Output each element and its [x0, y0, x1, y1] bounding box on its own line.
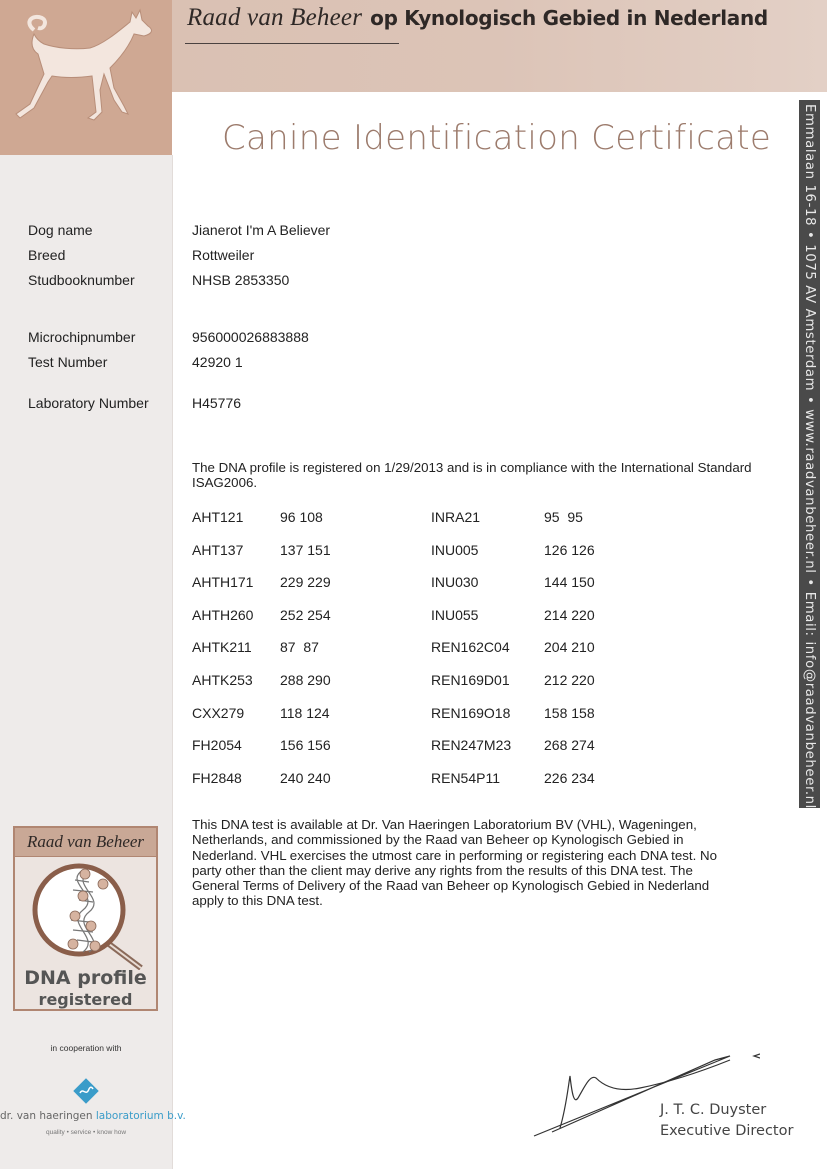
allele-values: 95 95 — [544, 509, 583, 525]
marker-name: REN169D01 — [431, 672, 510, 688]
field-label-lab-number: Laboratory Number — [28, 395, 149, 411]
marker-name: AHTH171 — [192, 574, 253, 590]
marker-row: AHT137137 151INU005126 126 — [192, 542, 612, 560]
signatory: J. T. C. Duyster Executive Director — [660, 1100, 793, 1142]
marker-row: CXX279118 124REN169O18158 158 — [192, 705, 612, 723]
marker-row: AHTK253288 290REN169D01212 220 — [192, 672, 612, 690]
marker-name: CXX279 — [192, 705, 244, 721]
allele-values: 118 124 — [280, 705, 330, 721]
allele-values: 288 290 — [280, 672, 331, 688]
field-value-microchip: 956000026883888 — [192, 329, 309, 345]
allele-values: 137 151 — [280, 542, 331, 558]
marker-name: REN162C04 — [431, 639, 510, 655]
allele-values: 126 126 — [544, 542, 595, 558]
marker-name: REN247M23 — [431, 737, 511, 753]
field-value-test-number: 42920 1 — [192, 354, 243, 370]
left-sidebar-band — [0, 155, 173, 1169]
field-label-microchip: Microchipnumber — [28, 329, 135, 345]
dna-magnifier-icon — [23, 860, 153, 970]
marker-name: FH2054 — [192, 737, 242, 753]
marker-name: AHT121 — [192, 509, 243, 525]
marker-name: REN54P11 — [431, 770, 500, 786]
marker-row: AHTH171229 229INU030144 150 — [192, 574, 612, 592]
marker-name: INRA21 — [431, 509, 480, 525]
field-value-studbook: NHSB 2853350 — [192, 272, 289, 288]
marker-row: AHTH260252 254INU055214 220 — [192, 607, 612, 625]
allele-values: 144 150 — [544, 574, 595, 590]
field-value-dog-name: Jianerot I'm A Believer — [192, 222, 330, 238]
allele-values: 240 240 — [280, 770, 331, 786]
marker-name: INU005 — [431, 542, 478, 558]
marker-row: FH2848240 240REN54P11226 234 — [192, 770, 612, 788]
marker-row: AHTK21187 87REN162C04204 210 — [192, 639, 612, 657]
badge-line1: DNA profile — [15, 967, 156, 989]
lab-name-part1: dr. van haeringen — [0, 1110, 96, 1122]
field-label-dog-name: Dog name — [28, 222, 93, 238]
field-label-breed: Breed — [28, 247, 65, 263]
marker-name: REN169O18 — [431, 705, 510, 721]
allele-values: 226 234 — [544, 770, 595, 786]
cooperation-label: in cooperation with — [0, 1043, 172, 1053]
organization-header: Raad van Beheerop Kynologisch Gebied in … — [187, 4, 768, 32]
field-value-breed: Rottweiler — [192, 247, 254, 263]
marker-row: FH2054156 156REN247M23268 274 — [192, 737, 612, 755]
header-divider — [185, 43, 399, 44]
allele-values: 87 87 — [280, 639, 319, 655]
allele-values: 158 158 — [544, 705, 595, 721]
badge-line2: registered — [15, 990, 156, 1009]
brand-name: Raad van Beheer — [187, 4, 362, 31]
contact-bar: Emmalaan 16-18 • 1075 AV Amsterdam • www… — [799, 100, 820, 808]
allele-values: 229 229 — [280, 574, 331, 590]
contact-text: Emmalaan 16-18 • 1075 AV Amsterdam • www… — [802, 104, 817, 809]
dna-profile-badge: Raad van Beheer DNA profile registered — [13, 826, 158, 1011]
marker-name: FH2848 — [192, 770, 242, 786]
allele-values: 214 220 — [544, 607, 595, 623]
signatory-role: Executive Director — [660, 1121, 793, 1142]
lab-tagline: quality • service • know how — [0, 1129, 172, 1136]
allele-values: 212 220 — [544, 672, 595, 688]
marker-name: AHT137 — [192, 542, 243, 558]
marker-name: INU055 — [431, 607, 478, 623]
allele-values: 252 254 — [280, 607, 331, 623]
logo — [0, 0, 172, 155]
registration-statement: The DNA profile is registered on 1/29/20… — [192, 460, 752, 490]
marker-name: AHTK253 — [192, 672, 253, 688]
certificate-title: Canine Identification Certificate — [222, 118, 771, 158]
field-label-studbook: Studbooknumber — [28, 272, 135, 288]
allele-values: 156 156 — [280, 737, 331, 753]
dog-statue-icon — [4, 4, 164, 154]
brand-subtitle: op Kynologisch Gebied in Nederland — [370, 6, 768, 30]
signatory-name: J. T. C. Duyster — [660, 1100, 793, 1121]
allele-values: 204 210 — [544, 639, 595, 655]
badge-header: Raad van Beheer — [15, 828, 156, 857]
allele-values: 268 274 — [544, 737, 595, 753]
marker-name: AHTK211 — [192, 639, 252, 655]
disclaimer-text: This DNA test is available at Dr. Van Ha… — [192, 817, 732, 909]
lab-name: dr. van haeringen laboratorium b.v. — [0, 1110, 172, 1122]
marker-name: INU030 — [431, 574, 478, 590]
field-label-test-number: Test Number — [28, 354, 107, 370]
marker-name: AHTH260 — [192, 607, 253, 623]
allele-values: 96 108 — [280, 509, 323, 525]
field-value-lab-number: H45776 — [192, 395, 241, 411]
marker-row: AHT12196 108INRA2195 95 — [192, 509, 612, 527]
lab-name-part2: laboratorium b.v. — [96, 1110, 186, 1122]
vhl-logo-icon — [72, 1077, 100, 1105]
